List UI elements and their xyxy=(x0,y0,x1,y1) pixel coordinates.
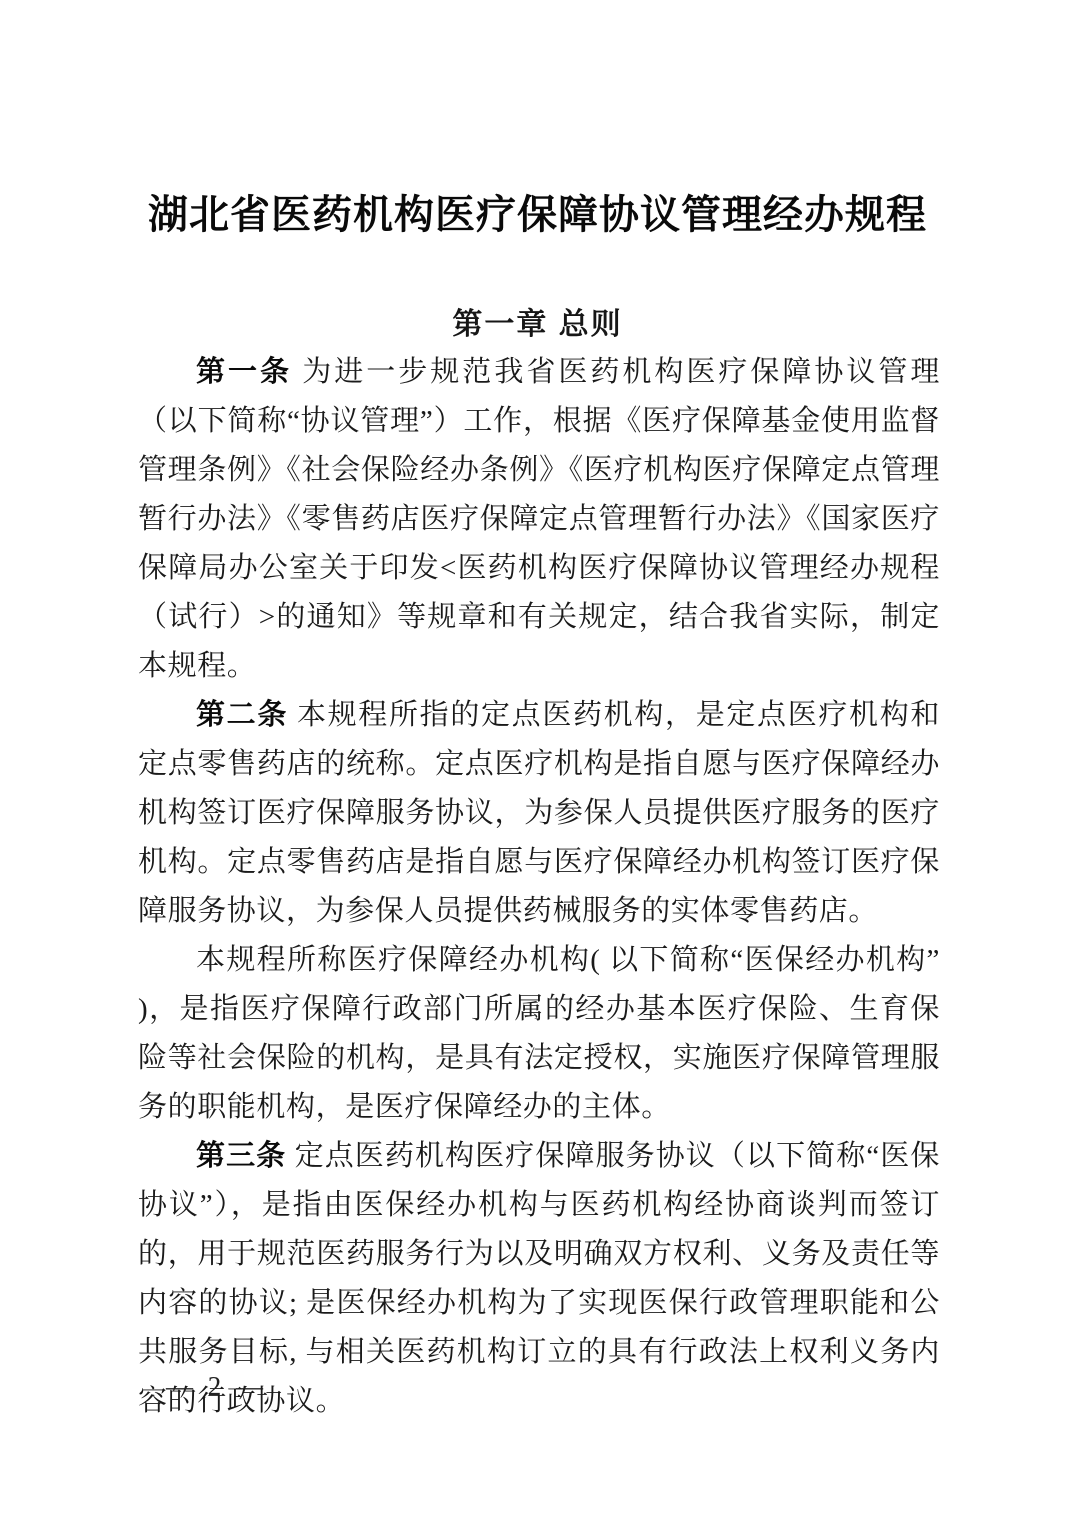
document-title: 湖北省医药机构医疗保障协议管理经办规程 xyxy=(0,183,1075,240)
page-number: — 2 — xyxy=(166,1371,267,1402)
article-1-text: 为进一步规范我省医药机构医疗保障协议管理（以下简称“协议管理”）工作，根据《医疗… xyxy=(138,356,940,682)
article-2-text: 本规程所指的定点医药机构，是定点医疗机构和定点零售药店的统称。定点医疗机构是指自… xyxy=(138,699,940,927)
chapter-heading: 第一章 总则 xyxy=(0,299,1075,343)
paragraph-article-1: 第一条 为进一步规范我省医药机构医疗保障协议管理（以下简称“协议管理”）工作，根… xyxy=(138,348,940,691)
article-3-label: 第三条 xyxy=(196,1140,295,1172)
article-1-label: 第一条 xyxy=(196,356,302,388)
paragraph-article-2: 第二条 本规程所指的定点医药机构，是定点医疗机构和定点零售药店的统称。定点医疗机… xyxy=(138,691,940,936)
article-2-label: 第二条 xyxy=(196,699,297,731)
paragraph-article-2-continued: 本规程所称医疗保障经办机构( 以下简称“医保经办机构” )，是指医疗保障行政部门… xyxy=(138,936,940,1132)
document-body: 第一条 为进一步规范我省医药机构医疗保障协议管理（以下简称“协议管理”）工作，根… xyxy=(138,348,940,1426)
document-page: 湖北省医药机构医疗保障协议管理经办规程 第一章 总则 第一条 为进一步规范我省医… xyxy=(0,0,1075,1520)
article-2-continued-text: 本规程所称医疗保障经办机构( 以下简称“医保经办机构” )，是指医疗保障行政部门… xyxy=(138,944,940,1123)
